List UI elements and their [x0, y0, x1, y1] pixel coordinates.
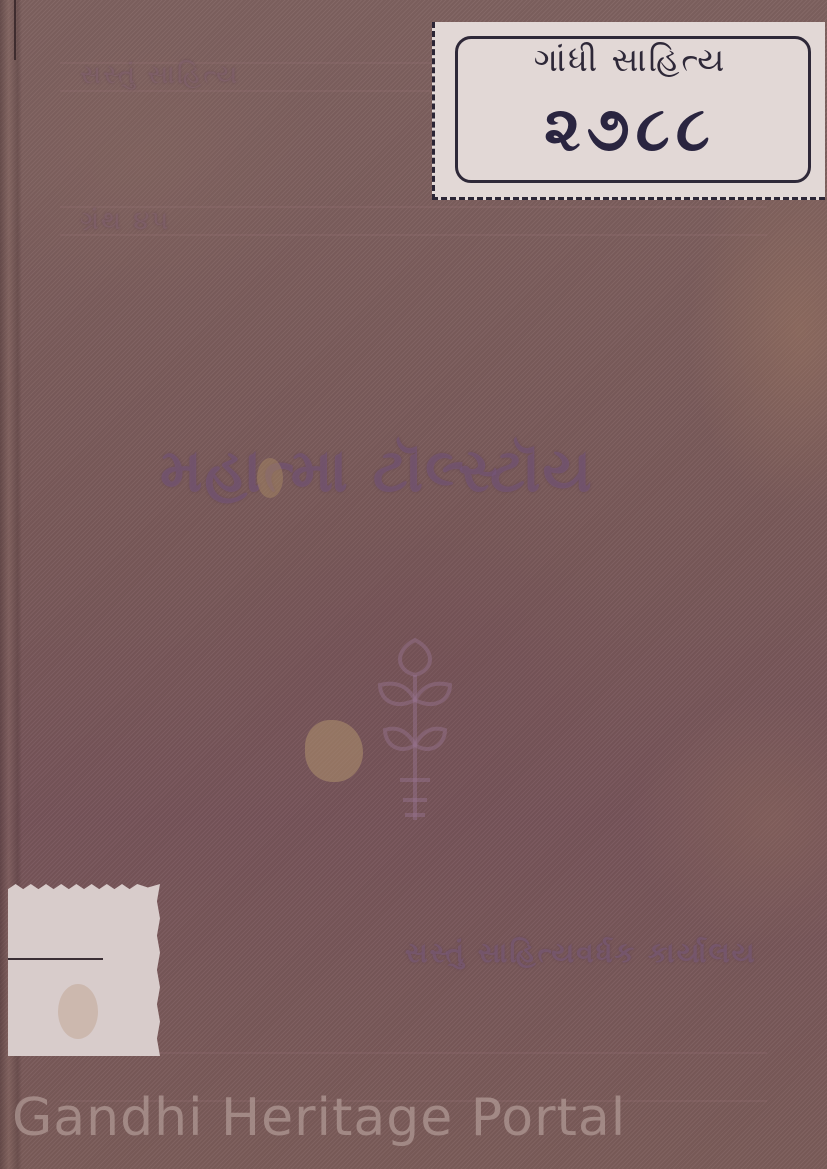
slip-line	[8, 958, 103, 960]
library-label: ગાંધી સાહિત્ય ૨૭૮૮	[432, 22, 825, 200]
stain	[305, 720, 363, 782]
library-slip	[8, 884, 160, 1056]
floral-ornament-icon	[355, 630, 475, 830]
publisher-line: સસ્તું સાહિત્યવર્ધક કાર્યાલય	[405, 936, 757, 970]
stain	[257, 458, 283, 498]
book-title: મહાત્મા ટૉલ્સ્ટૉય	[160, 436, 594, 506]
label-heading: ગાંધી સાહિત્ય	[435, 40, 825, 80]
watermark: Gandhi Heritage Portal	[12, 1088, 626, 1148]
book-cover: સસ્તું સાહિત્ય ગ્રંથ ૪૫ મહાત્મા ટૉલ્સ્ટૉ…	[0, 0, 827, 1169]
accession-number: ૨૭૮૮	[435, 92, 825, 166]
stain	[58, 984, 98, 1039]
embossed-volume-text: ગ્રંથ ૪૫	[80, 206, 170, 237]
spine-crease	[14, 0, 16, 60]
embossed-series-text: સસ્તું સાહિત્ય	[80, 60, 239, 91]
